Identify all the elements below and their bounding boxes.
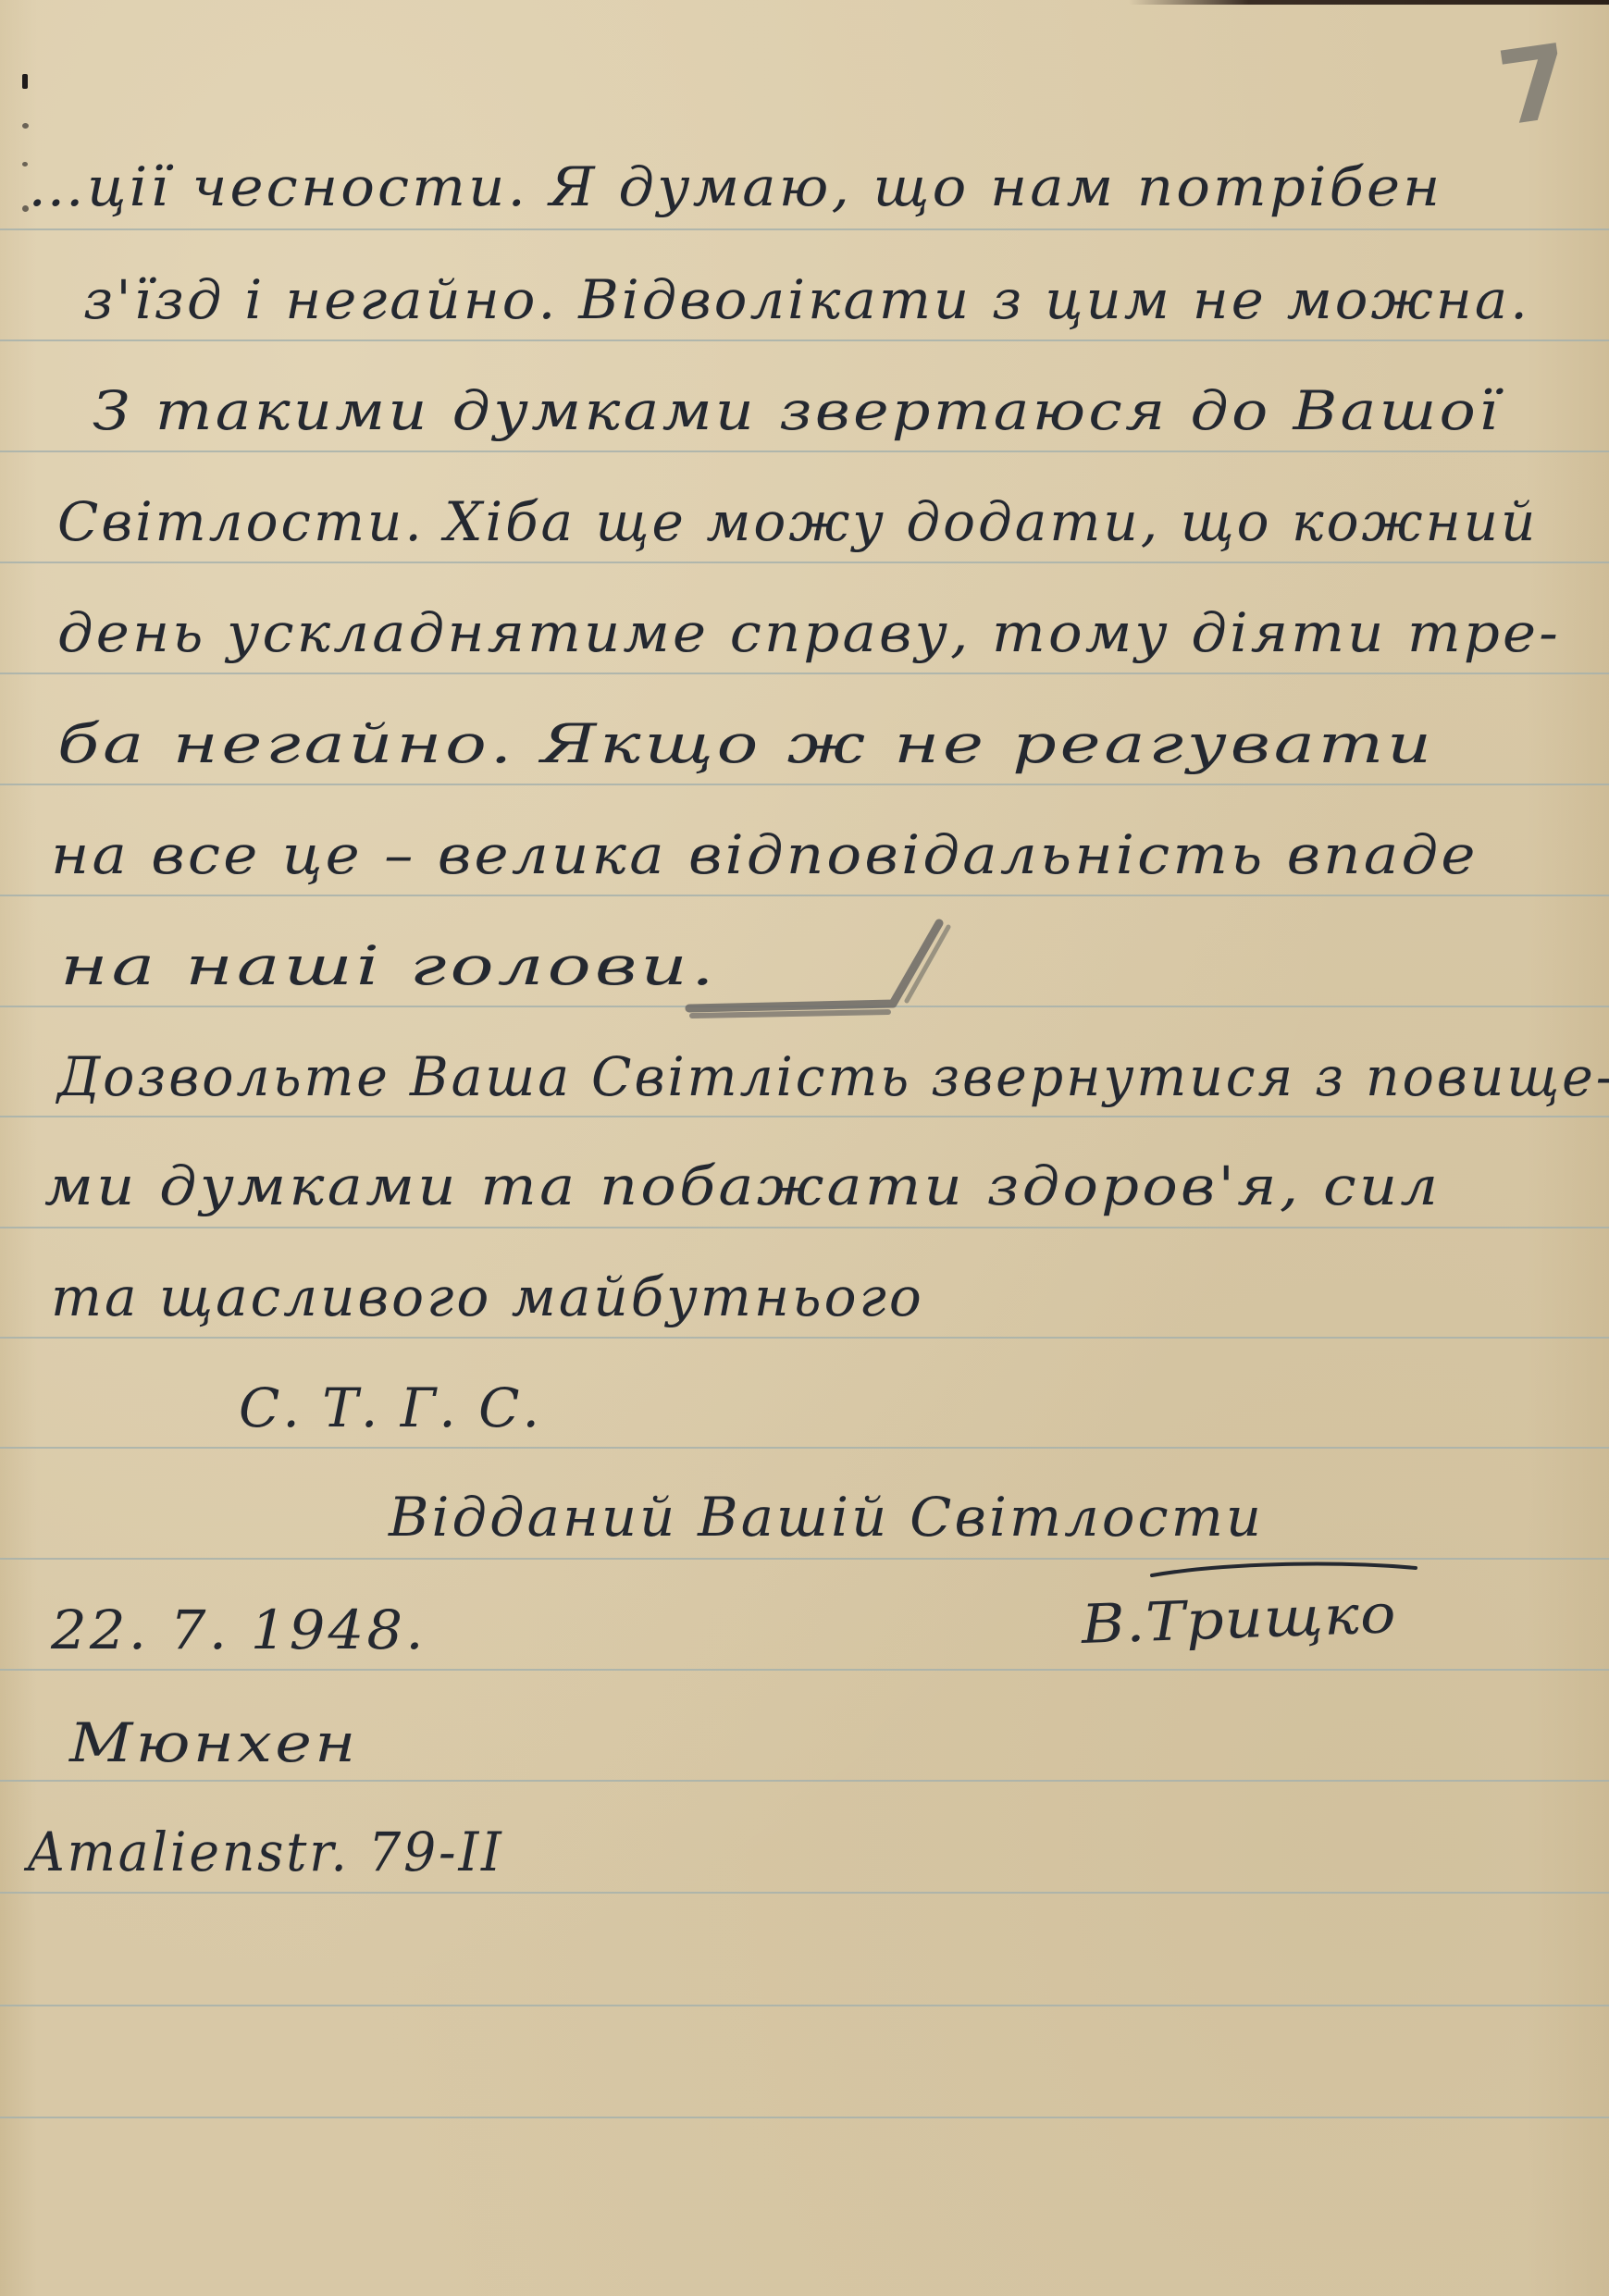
closing-abbreviation: С. Т. Г. С. — [239, 1376, 542, 1439]
letter-line: Дозвольте Ваша Світлість звернутися з по… — [57, 1045, 1609, 1108]
ruled-line — [0, 784, 1609, 785]
letter-line: ба негайно. Якщо ж не реагувати — [57, 712, 1435, 775]
letter-line: та щасливого майбутнього — [51, 1265, 924, 1328]
letter-line: день ускладнятиме справу, тому діяти тре… — [57, 601, 1561, 664]
signature-flourish — [1147, 1559, 1425, 1586]
letter-page: 7 …ції чесности. Я думаю, що нам потрібе… — [0, 0, 1609, 2296]
ruled-line — [0, 1116, 1609, 1117]
ruled-line — [0, 1227, 1609, 1228]
letter-line: …ції чесности. Я думаю, що нам потрібен — [28, 155, 1442, 218]
ruled-line — [0, 339, 1609, 341]
ruled-line — [0, 2117, 1609, 2118]
letter-date: 22. 7. 1948. — [51, 1599, 427, 1661]
valediction: Відданий Вашій Світлости — [389, 1486, 1264, 1549]
ruled-line — [0, 1447, 1609, 1449]
letter-line: на наші голови. — [60, 934, 718, 997]
ruled-line — [0, 1337, 1609, 1339]
ruled-line — [0, 228, 1609, 230]
page-number: 7 — [1491, 21, 1578, 148]
address: Amalienstr. 79-II — [28, 1821, 504, 1883]
letter-line: на все це – велика відповідальність впад… — [51, 823, 1479, 886]
letter-line: З такими думками звертаюся до Вашої — [93, 379, 1501, 442]
ruled-line — [0, 2005, 1609, 2006]
binding-mark — [22, 74, 28, 89]
ruled-line — [0, 673, 1609, 674]
ruled-line — [0, 562, 1609, 563]
ruled-line — [0, 895, 1609, 896]
letter-line: з'їзд і негайно. Відволікати з цим не мо… — [83, 268, 1530, 331]
letter-line: ми думками та побажати здоров'я, сил — [44, 1154, 1441, 1217]
ruled-line — [0, 1669, 1609, 1671]
scan-edge-shadow — [1129, 0, 1609, 5]
pencil-checkmark-icon — [675, 916, 953, 1027]
signature: В.Трищко — [1081, 1582, 1398, 1656]
binding-mark — [22, 123, 29, 129]
letter-line: Світлости. Хіба ще можу додати, що кожни… — [57, 490, 1538, 553]
ruled-line — [0, 1780, 1609, 1782]
city: Мюнхен — [69, 1711, 359, 1774]
ruled-line — [0, 451, 1609, 452]
ruled-line — [0, 1892, 1609, 1894]
